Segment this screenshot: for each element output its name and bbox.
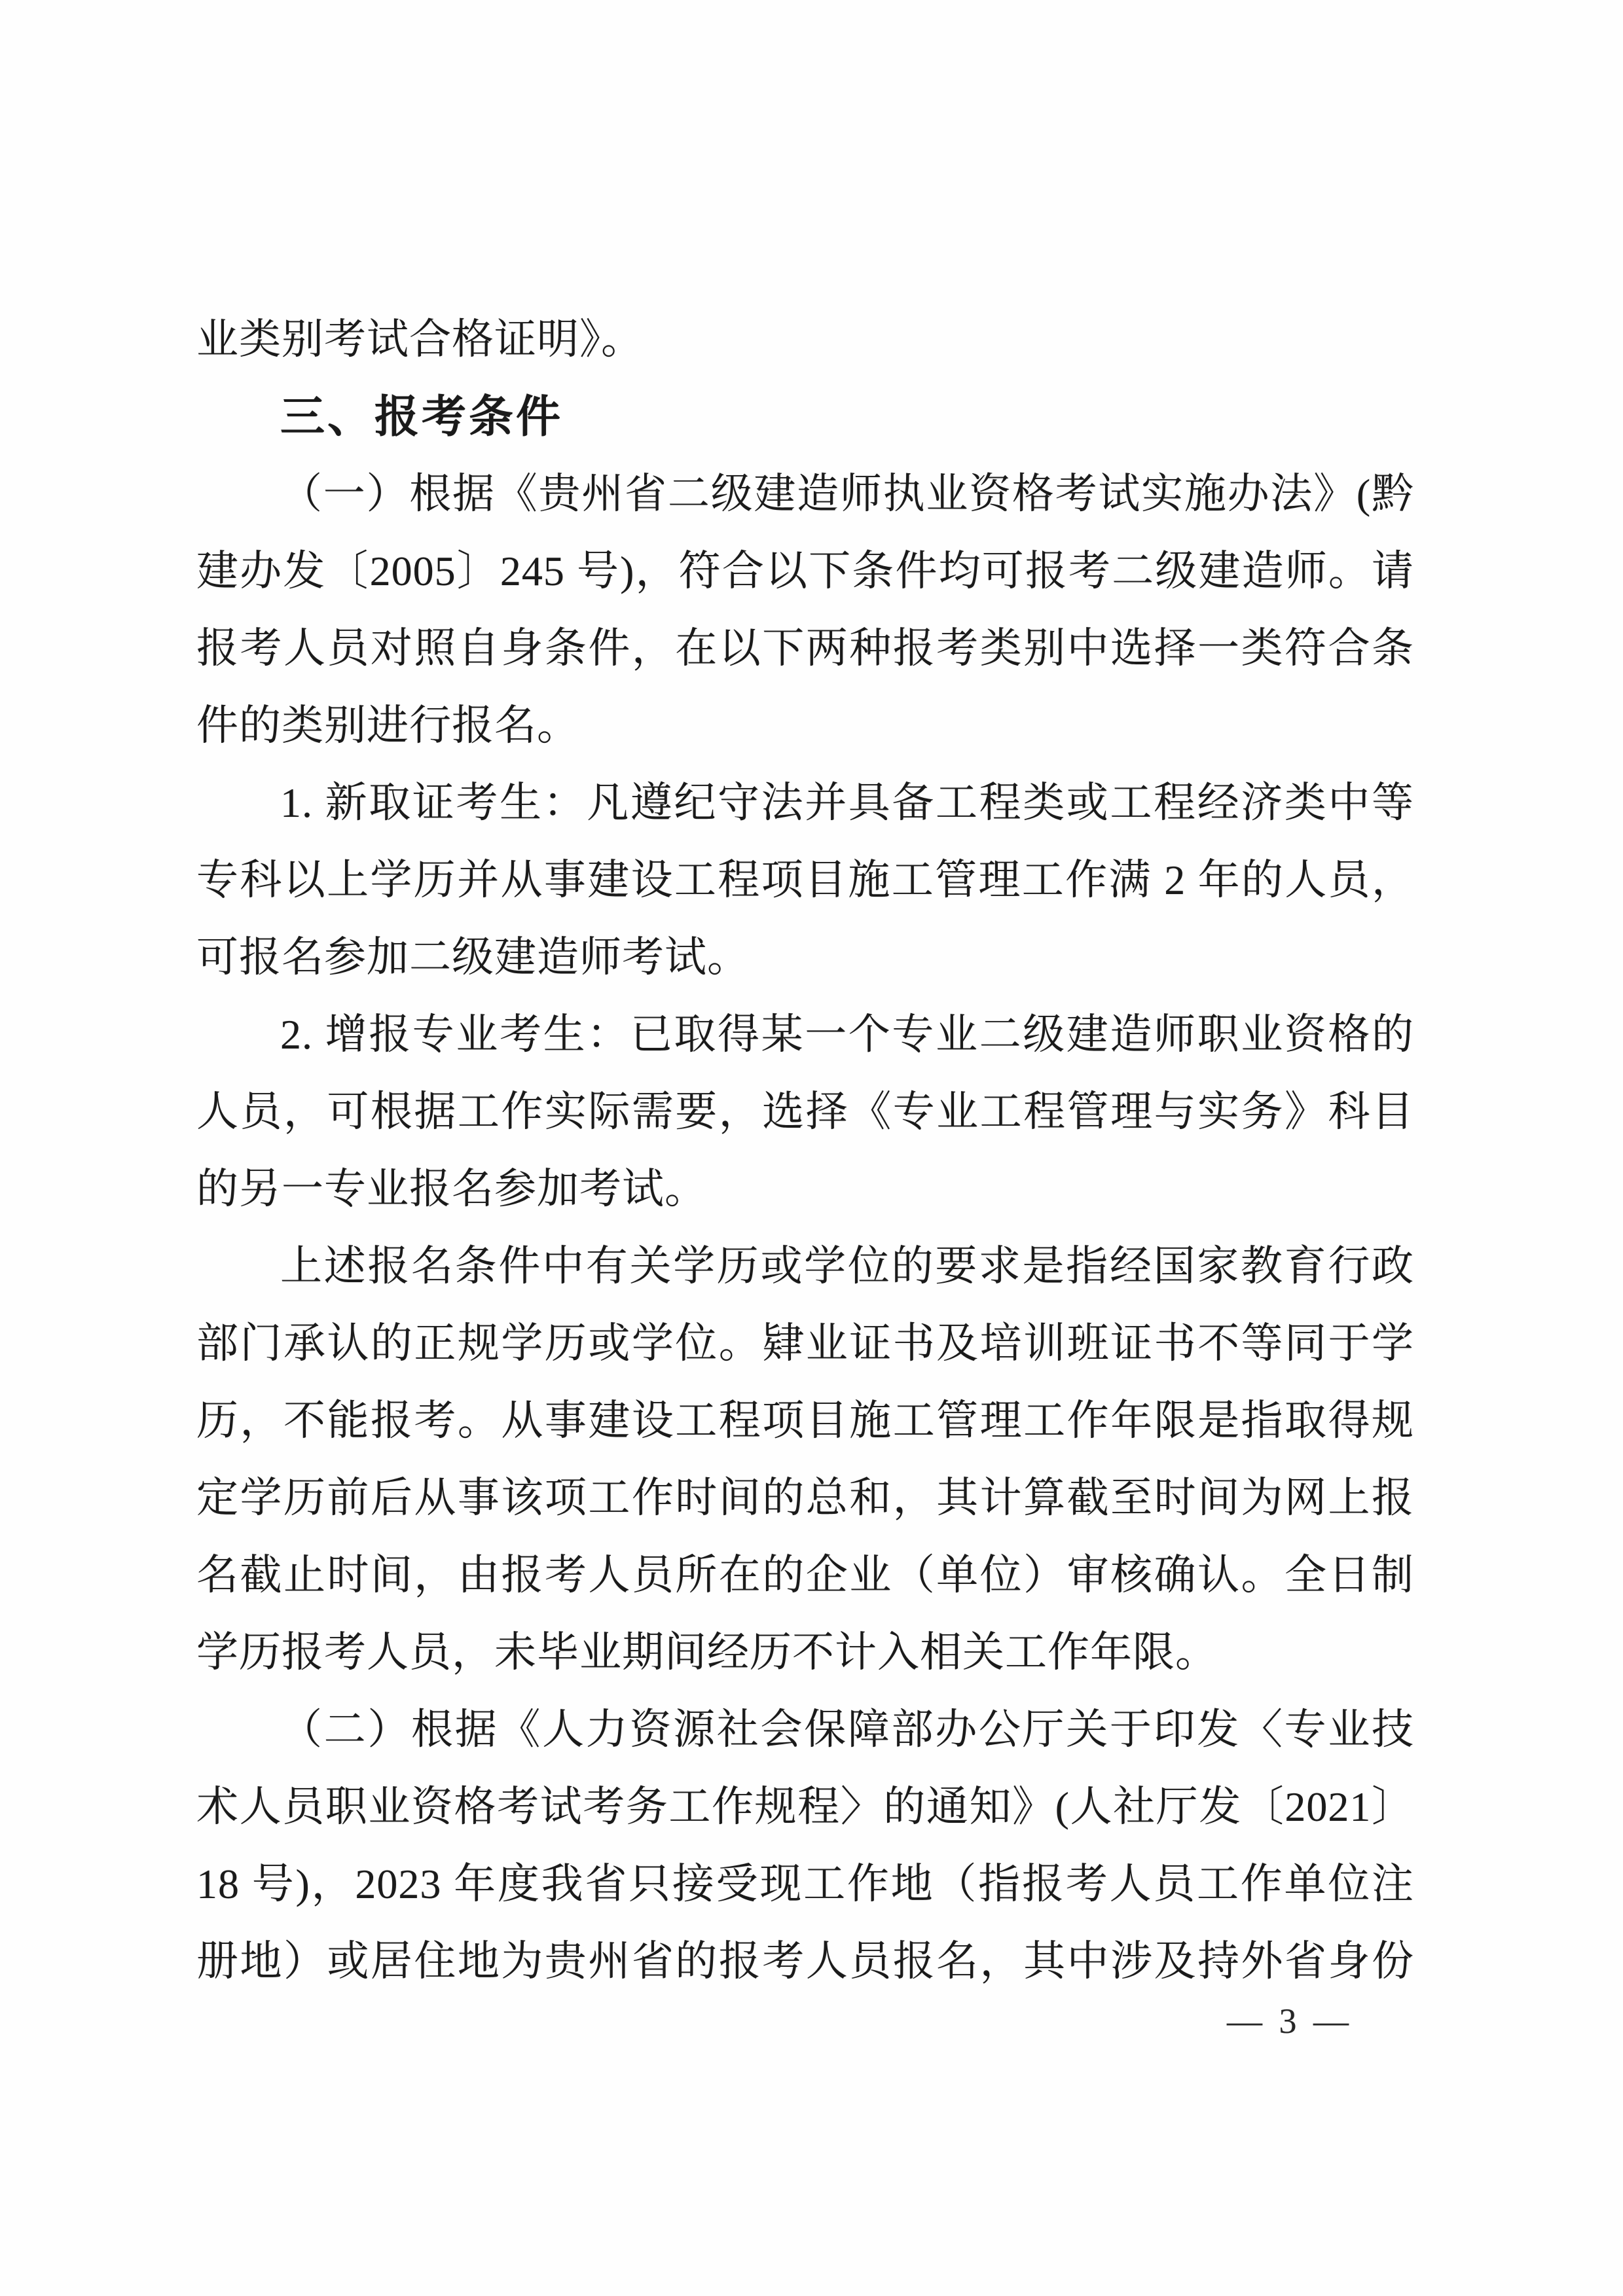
text-line: 建办发〔2005〕245 号)，符合以下条件均可报考二级建造师。请 [196,533,1414,610]
text-line: 的另一专业报名参加考试。 [196,1151,1414,1228]
text-line: 2. 增报专业考生：已取得某一个专业二级建造师职业资格的 [196,996,1414,1073]
text-line: （二）根据《人力资源社会保障部办公厅关于印发〈专业技 [196,1691,1414,1768]
section-heading: 三、报考条件 [196,378,1414,456]
text-line: 册地）或居住地为贵州省的报考人员报名，其中涉及持外省身份 [196,1923,1414,2000]
text-line: 部门承认的正规学历或学位。肄业证书及培训班证书不等同于学 [196,1305,1414,1382]
text-line: 件的类别进行报名。 [196,687,1414,764]
text-line: 术人员职业资格考试考务工作规程〉的通知》(人社厅发〔2021〕 [196,1768,1414,1846]
text-line: 18 号)，2023 年度我省只接受现工作地（指报考人员工作单位注 [196,1846,1414,1923]
text-line: 人员，可根据工作实际需要，选择《专业工程管理与实务》科目 [196,1073,1414,1151]
text-line: 名截止时间，由报考人员所在的企业（单位）审核确认。全日制 [196,1537,1414,1614]
text-line: 学历报考人员，未毕业期间经历不计入相关工作年限。 [196,1614,1414,1691]
text-line: 1. 新取证考生：凡遵纪守法并具备工程类或工程经济类中等 [196,764,1414,842]
page-number: — 3 — [1178,1995,1401,2047]
text-line: 可报名参加二级建造师考试。 [196,919,1414,996]
text-line: 专科以上学历并从事建设工程项目施工管理工作满 2 年的人员， [196,842,1414,919]
text-line: （一）根据《贵州省二级建造师执业资格考试实施办法》(黔 [196,456,1414,533]
document-sheet: 业类别考试合格证明》。 三、报考条件 （一）根据《贵州省二级建造师执业资格考试实… [0,0,1623,2296]
page-body: 业类别考试合格证明》。 三、报考条件 （一）根据《贵州省二级建造师执业资格考试实… [196,301,1414,2000]
text-line: 报考人员对照自身条件，在以下两种报考类别中选择一类符合条 [196,610,1414,687]
text-line: 业类别考试合格证明》。 [196,301,1414,378]
text-line: 定学历前后从事该项工作时间的总和，其计算截至时间为网上报 [196,1460,1414,1537]
text-line: 历，不能报考。从事建设工程项目施工管理工作年限是指取得规 [196,1382,1414,1460]
text-line: 上述报名条件中有关学历或学位的要求是指经国家教育行政 [196,1228,1414,1305]
